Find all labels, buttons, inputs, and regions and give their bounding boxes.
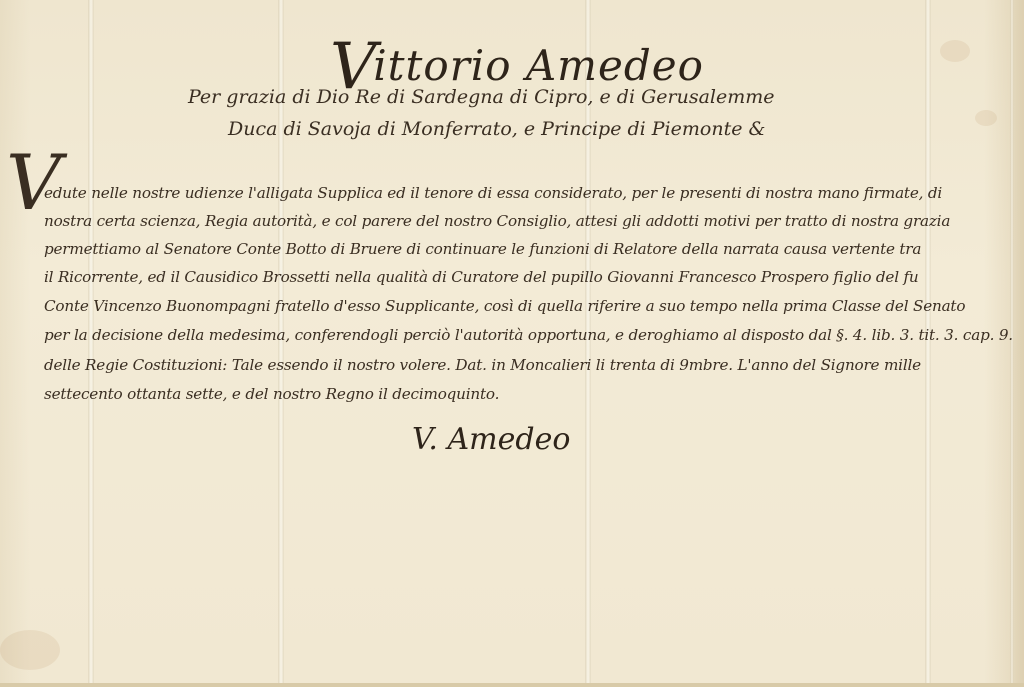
sovereign-name-heading: Vittorio Amedeo (330, 22, 704, 96)
body-line: permettiamo al Senatore Conte Botto di B… (44, 240, 921, 258)
body-line: edute nelle nostre udienze l'alligata Su… (44, 184, 942, 202)
body-line: Conte Vincenzo Buonompagni fratello d'es… (44, 297, 965, 315)
body-line: settecento ottanta sette, e del nostro R… (44, 385, 499, 403)
document-sheet: Vittorio Amedeo Per grazia di Dio Re di … (0, 0, 1024, 687)
body-line: delle Regie Costituzioni: Tale essendo i… (44, 356, 921, 374)
paper-edge (0, 683, 1024, 687)
paper-stain (0, 630, 60, 670)
royal-titles-line-2: Duca di Savoja di Monferrato, e Principe… (228, 118, 765, 140)
sovereign-name-rest: ittorio Amedeo (373, 41, 704, 90)
paper-stain (975, 110, 997, 126)
paper-stain (940, 40, 970, 62)
royal-titles-line-1: Per grazia di Dio Re di Sardegna di Cipr… (188, 86, 775, 108)
body-line: nostra certa scienza, Regia autorità, e … (44, 212, 950, 230)
royal-signature: V. Amedeo (412, 422, 570, 457)
body-line: il Ricorrente, ed il Causidico Brossetti… (44, 268, 919, 286)
body-line: per la decisione della medesima, confere… (44, 326, 1013, 344)
